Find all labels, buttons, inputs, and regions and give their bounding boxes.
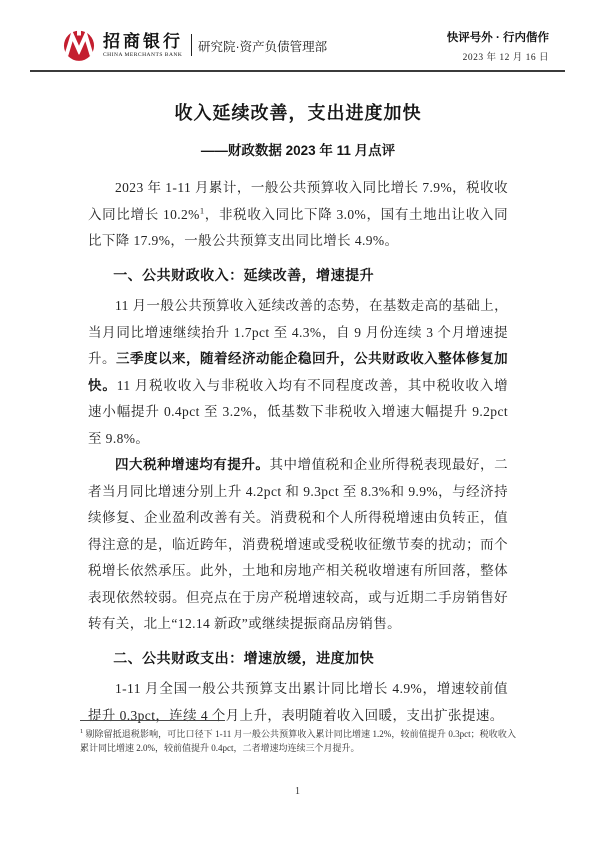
bank-name-block: 招商银行 CHINA MERCHANTS BANK (103, 32, 183, 58)
footnote-text: 剔除留抵退税影响，可比口径下 1-11 月一般公共预算收入累计同比增速 1.2%… (80, 729, 516, 753)
revenue-text-cont: 11 月税收收入与非税收入均有不同程度改善，其中税收收入增速小幅提升 0.4pc… (88, 378, 508, 446)
header-divider (191, 34, 192, 56)
tax-paragraph: 四大税种增速均有提升。其中增值税和企业所得税表现最好，二者当月同比增速分别上升 … (88, 452, 508, 638)
report-date: 2023 年 12 月 16 日 (447, 49, 549, 63)
section-1-heading: 一、公共财政收入：延续改善，增速提升 (88, 262, 508, 289)
footnote-rule (80, 720, 225, 721)
bank-name: 招商银行 (103, 32, 183, 52)
report-page: 招商银行 CHINA MERCHANTS BANK 研究院·资产负债管理部 快评… (0, 0, 595, 842)
report-subtitle: ——财政数据 2023 年 11 月点评 (88, 139, 508, 159)
footnote-block: 1剔除留抵退税影响，可比口径下 1-11 月一般公共预算收入累计同比增速 1.2… (80, 720, 516, 755)
summary-paragraph: 2023 年 1-11 月累计，一般公共预算收入同比增长 7.9%，税收收入同比… (88, 175, 508, 255)
tax-text-bold: 四大税种增速均有提升。 (115, 457, 269, 472)
bank-name-en: CHINA MERCHANTS BANK (103, 52, 183, 58)
report-title: 收入延续改善，支出进度加快 (88, 99, 508, 125)
header-rule (30, 70, 565, 72)
header-meta: 快评号外 · 行内偕作 2023 年 12 月 16 日 (447, 26, 549, 63)
department-label: 研究院·资产负债管理部 (198, 35, 327, 55)
cmb-logo-icon (60, 26, 98, 64)
issue-type-label: 快评号外 · 行内偕作 (447, 29, 549, 45)
section-2-heading: 二、公共财政支出：增速放缓，进度加快 (88, 645, 508, 672)
header: 招商银行 CHINA MERCHANTS BANK 研究院·资产负债管理部 快评… (60, 26, 549, 64)
header-brand: 招商银行 CHINA MERCHANTS BANK 研究院·资产负债管理部 (60, 26, 327, 64)
document-body: 收入延续改善，支出进度加快 ——财政数据 2023 年 11 月点评 2023 … (88, 99, 508, 729)
tax-text: 其中增值税和企业所得税表现最好，二者当月同比增速分别上升 4.2pct 和 9.… (88, 457, 508, 631)
page-number: 1 (0, 786, 595, 797)
footnote-marker: 1 (80, 728, 83, 735)
revenue-paragraph: 11 月一般公共预算收入延续改善的态势，在基数走高的基础上，当月同比增速继续抬升… (88, 293, 508, 452)
footnote: 1剔除留抵退税影响，可比口径下 1-11 月一般公共预算收入累计同比增速 1.2… (80, 727, 516, 755)
